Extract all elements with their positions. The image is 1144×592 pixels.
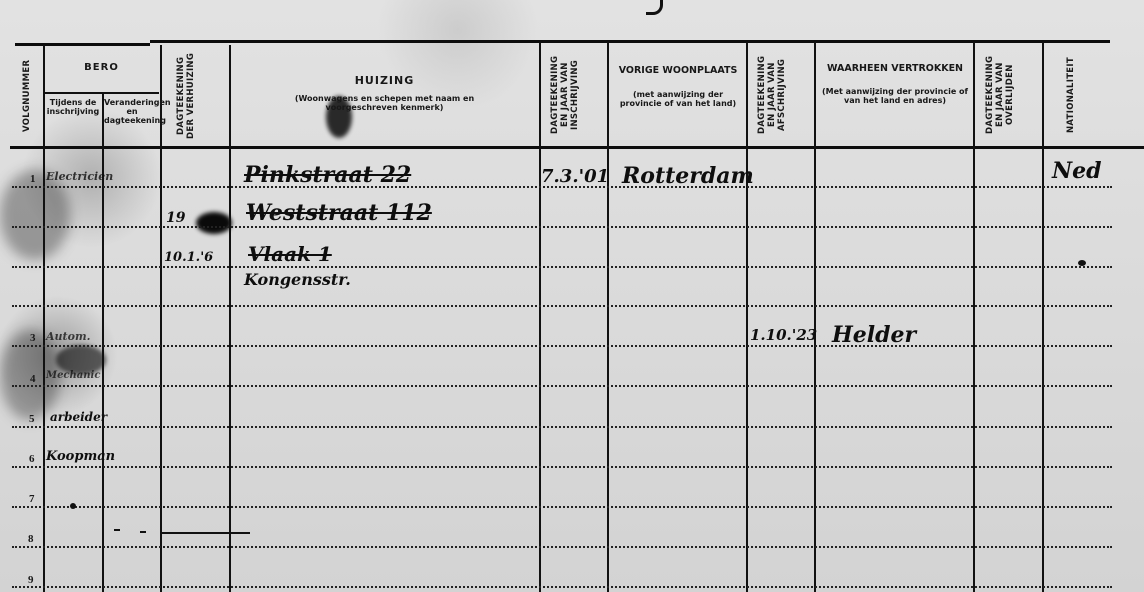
- row-line: [12, 305, 1112, 307]
- header-overlijden: DAGTEEKENING EN JAAR VAN OVERLIJDEN: [985, 48, 1031, 142]
- row-number: 3: [30, 332, 36, 344]
- header-bero-tijdens: Tijdens de inschrijving: [46, 98, 100, 116]
- header-dagteekening-verhuizing: DAGTEEKENING DER VERHUIZING: [176, 50, 214, 142]
- beroep-entry: Electricien: [46, 170, 113, 183]
- header-bero-veranderingen: Veranderingen en dagteekening: [104, 98, 160, 125]
- header-waarheen: WAARHEEN VERTROKKEN: [818, 64, 972, 74]
- header-inschrijving: DAGTEEKENING EN JAAR VAN INSCHRIJVING: [550, 48, 596, 142]
- afschrijving-date: 1.10.'23: [750, 326, 817, 344]
- col-line: [607, 42, 609, 592]
- row-line: [12, 426, 1112, 428]
- pen-stroke: [140, 531, 146, 533]
- beroep-entry: Autom.: [46, 330, 90, 343]
- register-sheet: VOLGNUMMER BERO Tijdens de inschrijving …: [0, 0, 1144, 592]
- inschrijving-date: 7.3.'01: [541, 166, 609, 187]
- address-entry: Vlaak 1: [248, 242, 332, 266]
- row-line: [12, 546, 1112, 548]
- address-entry: Weststraat 112: [246, 200, 432, 226]
- header-vorige-woonplaats: VORIGE WOONPLAATS: [610, 66, 746, 76]
- row-line: [12, 506, 1112, 508]
- ink-dot: [70, 503, 76, 509]
- col-line: [746, 42, 748, 592]
- header-afschrijving: DAGTEEKENING EN JAAR VAN AFSCHRIJVING: [757, 48, 803, 142]
- row-line: [12, 385, 1112, 387]
- row-line: [12, 345, 1112, 347]
- header-nationaliteit: NATIONALITEIT: [1066, 48, 1086, 142]
- beroep-entry: arbeider: [50, 410, 107, 424]
- row-number: 4: [30, 373, 36, 385]
- row-line: [12, 266, 1112, 268]
- row-number: 6: [29, 453, 35, 465]
- header-vorige-sub: (met aanwijzing der provincie of van het…: [614, 90, 742, 108]
- pen-stroke: [160, 532, 250, 534]
- row-number: 8: [28, 533, 34, 545]
- address-entry: Kongensstr.: [244, 270, 351, 289]
- row-number: 7: [29, 493, 35, 505]
- col-line: [814, 42, 816, 592]
- col-line: [43, 45, 45, 592]
- header-huizing: HUIZING: [232, 74, 537, 87]
- col-line: [539, 42, 541, 592]
- beroep-entry: Koopman: [46, 449, 115, 464]
- vorige-woonplaats-entry: Rotterdam: [622, 163, 754, 189]
- row-line: [12, 466, 1112, 468]
- header-huizing-sub: (Woonwagens en schepen met naam en voorg…: [262, 94, 507, 112]
- ink-blot: [196, 212, 232, 234]
- beroep-entry: Mechanic: [46, 370, 100, 381]
- col-line: [160, 45, 162, 592]
- row-number: 9: [28, 574, 34, 586]
- row-number: 5: [29, 413, 35, 425]
- nationaliteit-entry: Ned: [1052, 158, 1102, 184]
- pen-stroke: [646, 0, 663, 15]
- verhuizing-date: 19: [166, 210, 185, 226]
- row-line: [12, 226, 1112, 228]
- address-entry: Pinkstraat 22: [244, 162, 411, 188]
- header-waarheen-sub: (Met aanwijzing der provincie of van het…: [820, 87, 970, 105]
- row-number: 1: [30, 173, 36, 185]
- col-line: [229, 45, 231, 592]
- waarheen-entry: Helder: [832, 322, 916, 348]
- pen-stroke: [114, 529, 120, 531]
- header-top-rule: [150, 40, 1110, 43]
- col-line: [1042, 42, 1044, 592]
- ink-dot: [1078, 260, 1086, 266]
- col-line: [973, 42, 975, 592]
- verhuizing-date: 10.1.'6: [164, 250, 213, 265]
- header-bero: BERO: [44, 62, 159, 73]
- header-top-rule-left: [15, 43, 150, 46]
- header-volgnummer: VOLGNUMMER: [22, 52, 32, 140]
- col-line: [102, 94, 104, 592]
- row-line: [12, 586, 1112, 588]
